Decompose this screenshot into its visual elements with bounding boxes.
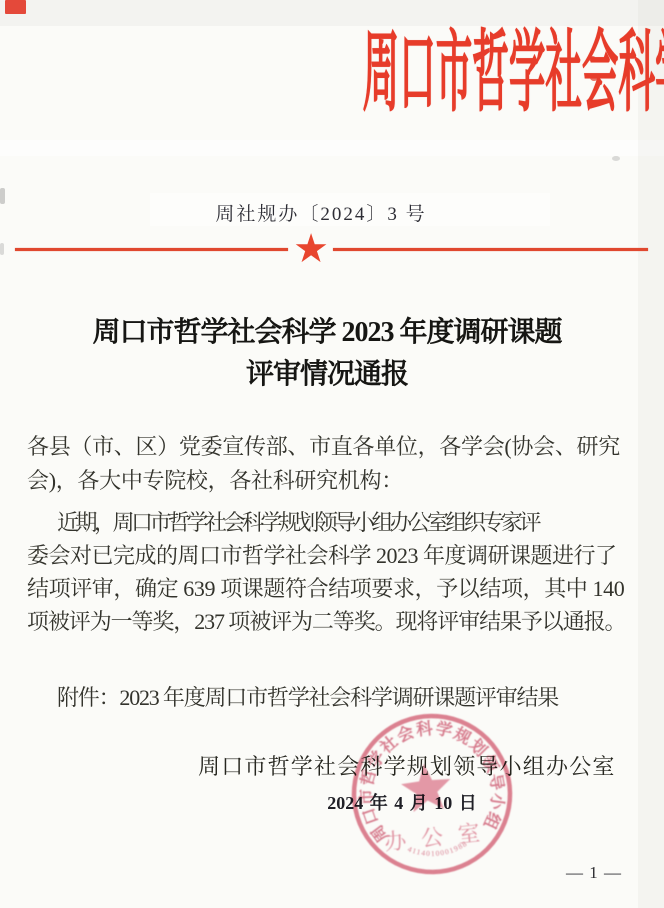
scan-band-top: [0, 0, 664, 26]
recipients-line: 各县（市、区）党委宣传部、市直各单位，各学会(协会、研究: [27, 430, 620, 464]
red-divider-line-right: [333, 248, 648, 251]
document-title-line2: 评审情况通报: [0, 354, 659, 396]
body-paragraph: 近期，周口市哲学社会科学规划领导小组办公室组织专家评 委会对已完成的周口市哲学社…: [27, 506, 625, 638]
document-page: 周口市哲学社会科学规划办公室文件 周社规办〔2024〕3 号 ★ 周口市哲学社会…: [0, 0, 664, 908]
body-line: 委会对已完成的周口市哲学社会科学 2023 年度调研课题进行了: [27, 539, 625, 572]
scan-artifact: [0, 243, 4, 255]
seal-star-icon: [399, 761, 453, 813]
document-title-line1: 周口市哲学社会科学 2023 年度调研课题: [0, 312, 659, 354]
recipients-paragraph: 各县（市、区）党委宣传部、市直各单位，各学会(协会、研究 会)，各大中专院校，各…: [27, 430, 620, 498]
body-line: 项被评为一等奖，237 项被评为二等奖。现将评审结果予以通报。: [27, 605, 625, 638]
red-corner-scan-mark: [5, 0, 26, 14]
scan-artifact: [612, 156, 620, 161]
recipients-line: 会)，各大中专院校，各社科研究机构：: [27, 464, 620, 498]
letterhead: 周口市哲学社会科学规划办公室文件: [0, 30, 664, 114]
body-line: 结项评审，确定 639 项课题符合结项要求，予以结项，其中 140: [27, 572, 625, 605]
document-title: 周口市哲学社会科学 2023 年度调研课题 评审情况通报: [0, 312, 659, 396]
document-number: 周社规办〔2024〕3 号: [0, 199, 653, 226]
page-number: — 1 —: [566, 863, 622, 883]
red-divider-line-left: [15, 248, 288, 251]
scan-band-light: [0, 140, 664, 156]
body-line: 近期，周口市哲学社会科学规划领导小组办公室组织专家评: [57, 506, 625, 539]
scan-band-right: [638, 0, 664, 908]
star-icon: ★: [291, 229, 331, 269]
letterhead-org-name: 周口市哲学社会科学规划办公室文件: [363, 30, 664, 119]
official-round-seal: 周口市哲学社会科学规划领导小组 办公室 4114010001988: [341, 703, 523, 885]
